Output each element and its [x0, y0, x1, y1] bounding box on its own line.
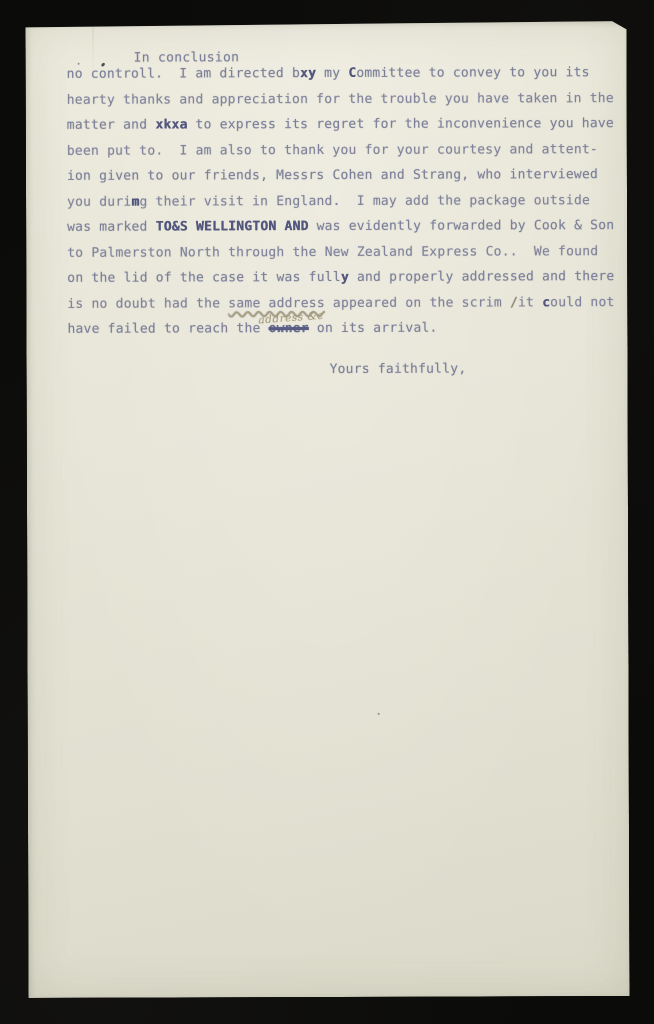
typed-line: was marked TO&S WELLINGTON AND was evide… [67, 216, 602, 243]
paper-speck [378, 713, 380, 715]
interlined-insertion: In conclusion [134, 50, 240, 65]
typed-line: have failed to reach the owneraddress &c… [67, 318, 602, 345]
typed-line: on the lid of the case it was fully and … [67, 267, 602, 294]
typed-line: you durimg their visit in England. I may… [67, 191, 602, 218]
letter-body: no controll. I am directed bxy my Commit… [67, 63, 603, 345]
typed-line: is no doubt had the same address appeare… [67, 293, 602, 320]
letter-page: In conclusion no controll. I am directed… [25, 21, 629, 998]
typed-line: to Palmerston North through the New Zeal… [67, 242, 602, 269]
typed-line: matter and xkxa to express its regret fo… [67, 114, 602, 141]
closing-signature: Yours faithfully, [330, 362, 467, 377]
typed-line: no controll. I am directed bxy my Commit… [67, 63, 602, 90]
typed-line: hearty thanks and appreciation for the t… [67, 89, 602, 116]
typed-line: been put to. I am also to thank you for … [67, 140, 602, 167]
typed-line: ion given to our friends, Messrs Cohen a… [67, 165, 602, 192]
photograph-background: In conclusion no controll. I am directed… [0, 0, 654, 1024]
